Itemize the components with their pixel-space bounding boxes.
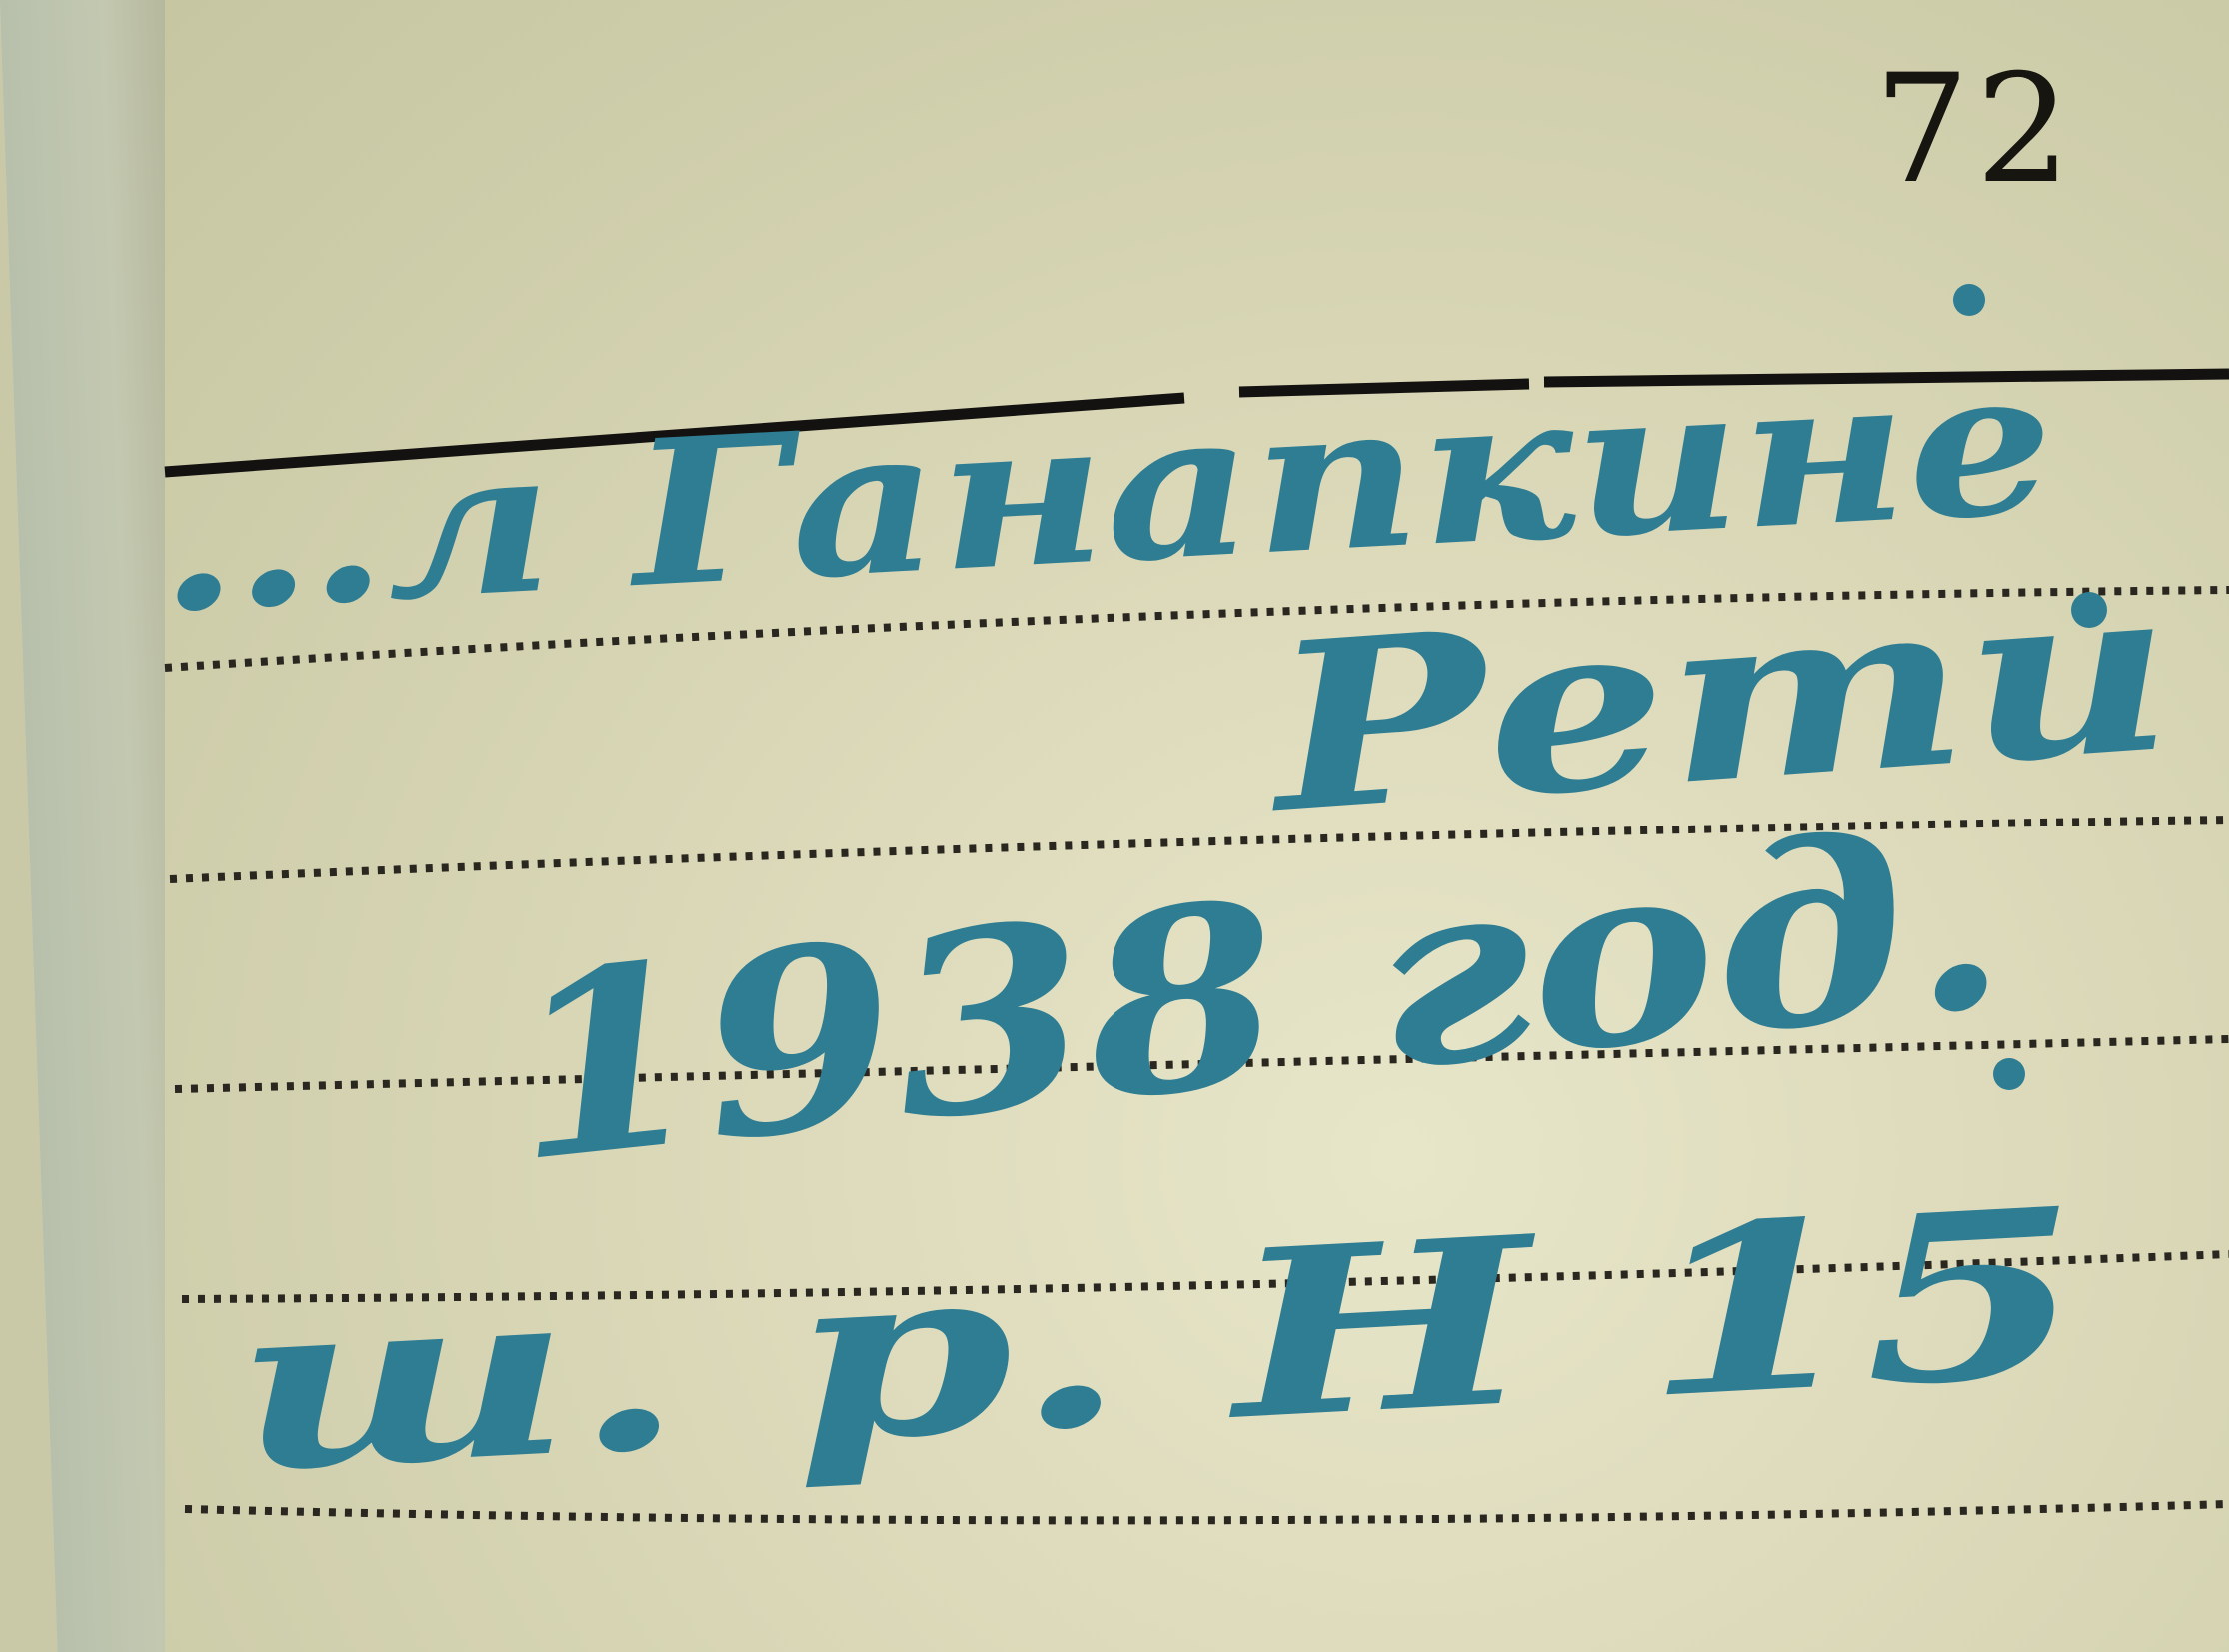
ruled-lines-and-handwriting: …л Ганапкине Рети 1938 год. ш. р. Н 15 [0,0,2229,1652]
ink-dot [1953,284,1985,316]
ink-dot [2071,592,2107,628]
handwritten-line-4: ш. р. Н 15 [229,1157,2090,1523]
ink-dot [1993,1058,2025,1090]
handwritten-line-3: 1938 год. [495,769,2017,1217]
